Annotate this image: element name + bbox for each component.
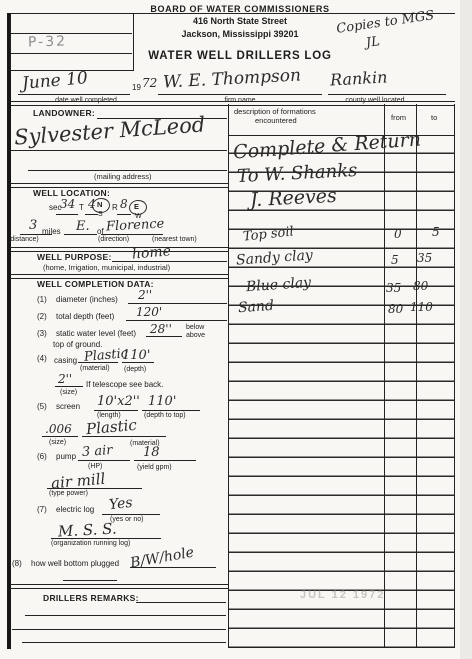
county-value: Rankin	[330, 68, 388, 90]
divider	[12, 629, 226, 630]
section-divider	[10, 584, 228, 589]
screen-depth-value: 110'	[148, 394, 176, 409]
item4-num: (4)	[37, 354, 47, 363]
divider	[25, 615, 226, 616]
drillers-remarks-heading: DRILLERS REMARKS:	[43, 593, 139, 603]
divider	[78, 362, 118, 363]
well-purpose-heading: WELL PURPOSE:	[37, 252, 112, 262]
casing-size-value: 2''	[58, 372, 72, 386]
screen-size-label: (size)	[49, 439, 66, 446]
year-prefix: 19	[132, 83, 141, 92]
screen-size-value: .006	[45, 422, 72, 436]
pump-power-label: (type power)	[49, 490, 88, 497]
divider	[146, 336, 182, 337]
below-label: below	[186, 324, 204, 331]
landowner-label: LANDOWNER:	[33, 108, 95, 118]
formation-description: Sand	[237, 298, 274, 316]
diameter-label: diameter (inches)	[56, 295, 118, 304]
from-column-rule	[384, 104, 385, 647]
east-option: E	[134, 202, 139, 211]
form-title: WATER WELL DRILLERS LOG	[100, 50, 380, 62]
item7-num: (7)	[37, 505, 47, 514]
sec-value: 34	[60, 197, 75, 211]
date-well-completed-value: June 10	[21, 68, 88, 94]
formation-to: 80	[413, 279, 428, 293]
divider	[56, 214, 78, 215]
casing-material-label: (material)	[80, 365, 110, 372]
scanned-well-log-form: BOARD OF WATER COMMISSIONERS 416 North S…	[0, 0, 472, 659]
casing-size-label: (size)	[60, 389, 77, 396]
divider	[126, 320, 227, 321]
item1-num: (1)	[37, 295, 47, 304]
pump-hp-label: (HP)	[88, 463, 102, 470]
log-organization-label: (organization running log)	[51, 540, 130, 547]
electric-log-value: Yes	[108, 495, 133, 513]
direction-value: E.	[76, 219, 90, 234]
formation-to: 110	[410, 300, 433, 314]
pump-hp-value: 3 air	[82, 443, 114, 460]
range-label: R	[112, 203, 118, 212]
divider	[122, 362, 154, 363]
formation-from: 80	[388, 302, 403, 316]
formations-header-to: to	[431, 113, 437, 122]
screen-label: screen	[56, 402, 80, 411]
formation-from: 0	[394, 227, 402, 241]
to-column-rule	[416, 104, 417, 647]
well-purpose-options-label: (home, Irrigation, municipal, industrial…	[43, 263, 170, 272]
divider	[42, 436, 78, 437]
casing-depth-value: 110'	[122, 348, 150, 363]
item5-num: (5)	[37, 402, 47, 411]
well-purpose-value: home	[131, 243, 171, 262]
divider	[82, 436, 166, 437]
top-of-ground-label: top of ground.	[53, 340, 102, 349]
formations-table-rows	[229, 135, 454, 647]
south-option: S	[98, 211, 103, 218]
formations-header-from: from	[391, 113, 406, 122]
formation-to: 35	[417, 251, 432, 265]
pump-label: pump	[56, 452, 76, 461]
screen-depth-label: (depth to top)	[144, 412, 186, 419]
formation-to: 5	[432, 225, 440, 239]
copies-note-initials: JL	[365, 34, 381, 51]
page-left-border	[7, 13, 11, 649]
divider	[18, 94, 130, 95]
static-level-label: static water level (feet)	[56, 329, 136, 338]
divider	[78, 460, 130, 461]
divider	[328, 94, 446, 95]
formation-from: 5	[391, 253, 399, 267]
divider	[117, 214, 131, 215]
file-number: P-32	[28, 33, 68, 50]
casing-label: casing	[54, 356, 77, 365]
diameter-value: 2''	[138, 288, 152, 302]
casing-depth-label: (depth)	[124, 366, 146, 373]
item3-num: (3)	[37, 329, 47, 338]
formations-header-description2: encountered	[255, 116, 297, 125]
nearest-town-value: Florence	[106, 216, 165, 234]
divider	[63, 580, 117, 581]
screen-length-value: 10'x2''	[97, 394, 140, 409]
divider	[134, 460, 196, 461]
electric-log-label: electric log	[56, 505, 94, 514]
distance-value: 3	[29, 218, 37, 233]
divider	[136, 602, 226, 603]
divider	[22, 642, 226, 643]
screen-material-value: Plastic	[85, 416, 137, 438]
distance-label: (distance)	[8, 236, 39, 243]
divider	[11, 150, 227, 151]
pump-yield-label: (yield gpm)	[137, 464, 172, 471]
direction-label: (direction)	[98, 236, 129, 243]
telescope-note: If telescope see back.	[86, 380, 163, 389]
top-border-rule	[10, 13, 455, 14]
table-note-3: J. Reeves	[249, 185, 337, 212]
divider	[11, 53, 132, 54]
item2-num: (2)	[37, 312, 47, 321]
divider	[85, 214, 98, 215]
divider	[158, 94, 322, 95]
item6-num: (6)	[37, 452, 47, 461]
nearest-town-label: (nearest town)	[152, 236, 197, 243]
miles-label: miles	[42, 227, 61, 236]
bottom-plugged-label: how well bottom plugged	[31, 559, 119, 568]
divider	[64, 234, 97, 235]
range-value: 8	[120, 197, 128, 211]
firm-name-value: W. E. Thompson	[163, 65, 302, 92]
date-stamp: JUL 12 1972	[300, 589, 385, 601]
pump-yield-value: 18	[143, 445, 160, 460]
formations-header-description: description of formations	[234, 107, 316, 116]
north-option: N	[97, 200, 102, 209]
total-depth-label: total depth (feet)	[56, 312, 114, 321]
item8-num: (8)	[12, 559, 22, 568]
above-label: above	[186, 332, 205, 339]
completion-heading: WELL COMPLETION DATA:	[37, 279, 154, 289]
divider	[55, 386, 83, 387]
mailing-address-label: (mailing address)	[94, 172, 152, 181]
year-value: 72	[142, 76, 157, 90]
divider	[130, 567, 216, 568]
scan-edge	[460, 0, 472, 659]
formation-from: 35	[386, 281, 401, 295]
total-depth-value: 120'	[136, 305, 162, 319]
township-label: T	[79, 203, 84, 212]
static-level-value: 28''	[150, 322, 172, 336]
